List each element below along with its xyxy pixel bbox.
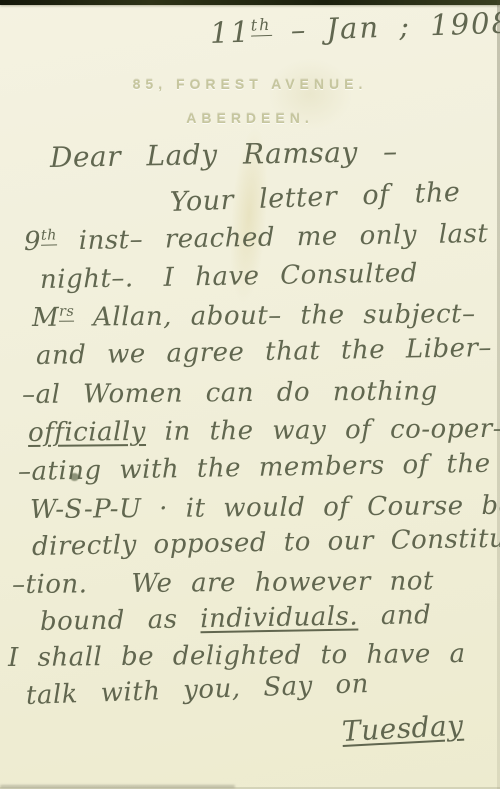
body-line-13: I shall be delighted to have a xyxy=(8,639,466,673)
body-line-7: officially in the way of co-oper– xyxy=(28,414,500,448)
salutation-line: Dear Lady Ramsay – xyxy=(50,135,398,174)
scan-top-edge xyxy=(0,0,500,5)
text-segment: I have Consulted xyxy=(163,258,418,292)
closing-line: Tuesday xyxy=(341,709,464,748)
text-segment: I shall be delighted to have a xyxy=(8,639,466,673)
text-segment: Dear Lady Ramsay – xyxy=(50,135,398,174)
word-gap xyxy=(87,591,131,592)
body-line-6: –al Women can do nothing xyxy=(22,376,438,410)
text-segment: Your letter of the xyxy=(169,177,460,218)
text-segment: 9 xyxy=(24,227,42,257)
superscript-text: th xyxy=(250,15,271,37)
text-segment: and we agree that the Liber– xyxy=(36,333,492,371)
text-segment: talk with you, Say on xyxy=(25,669,369,711)
body-line-12: bound as individuals. and xyxy=(40,600,432,637)
superscript-text: th xyxy=(41,228,57,246)
body-line-9: W-S-P-U · it would of Course be xyxy=(30,491,500,525)
text-segment: 11 xyxy=(209,15,251,50)
body-line-3: night–.I have Consulted xyxy=(40,258,418,295)
superscript-text: rs xyxy=(59,304,74,322)
text-segment: We are however not xyxy=(131,566,434,599)
word-gap xyxy=(134,285,164,287)
body-line-8: –ating with the members of the xyxy=(18,449,491,487)
text-segment: night–. xyxy=(40,263,134,295)
text-segment: –tion. xyxy=(12,569,88,600)
text-segment: –ating with the members of the xyxy=(18,449,491,487)
body-line-10: directly opposed to our Constitu– xyxy=(32,523,500,562)
text-segment: inst– reached me only last xyxy=(57,219,489,257)
body-line-14: talk with you, Say on xyxy=(25,669,369,711)
text-segment: bound as xyxy=(40,604,201,637)
text-segment: –al Women can do nothing xyxy=(22,376,438,410)
text-segment: – Jan ; 1908 xyxy=(271,5,500,47)
date-line: 11th – Jan ; 1908 xyxy=(209,5,500,50)
text-segment: directly opposed to our Constitu– xyxy=(32,523,500,562)
text-segment: M xyxy=(32,303,59,333)
body-line-1: Your letter of the xyxy=(169,177,460,218)
text-segment: Allan, about– the subject– xyxy=(74,299,475,333)
body-line-5: and we agree that the Liber– xyxy=(36,333,492,371)
underlined-word: Tuesday xyxy=(341,709,464,748)
body-line-4: Mrs Allan, about– the subject– xyxy=(32,299,476,333)
underlined-word: individuals. xyxy=(200,601,358,634)
underlined-word: officially xyxy=(28,417,146,448)
text-segment: W-S-P-U · it would of Course be xyxy=(30,491,500,525)
body-line-11: –tion.We are however not xyxy=(12,566,434,600)
letterhead-address-line: 85, FOREST AVENUE. xyxy=(0,76,500,92)
text-segment: in the way of co-oper– xyxy=(146,414,500,447)
letter-scan-page: 85, FOREST AVENUE. ABERDEEN. 11th – Jan … xyxy=(0,0,500,789)
text-segment: and xyxy=(358,600,432,631)
body-line-2: 9th inst– reached me only last xyxy=(24,219,489,257)
letterhead-city-line: ABERDEEN. xyxy=(0,110,500,126)
